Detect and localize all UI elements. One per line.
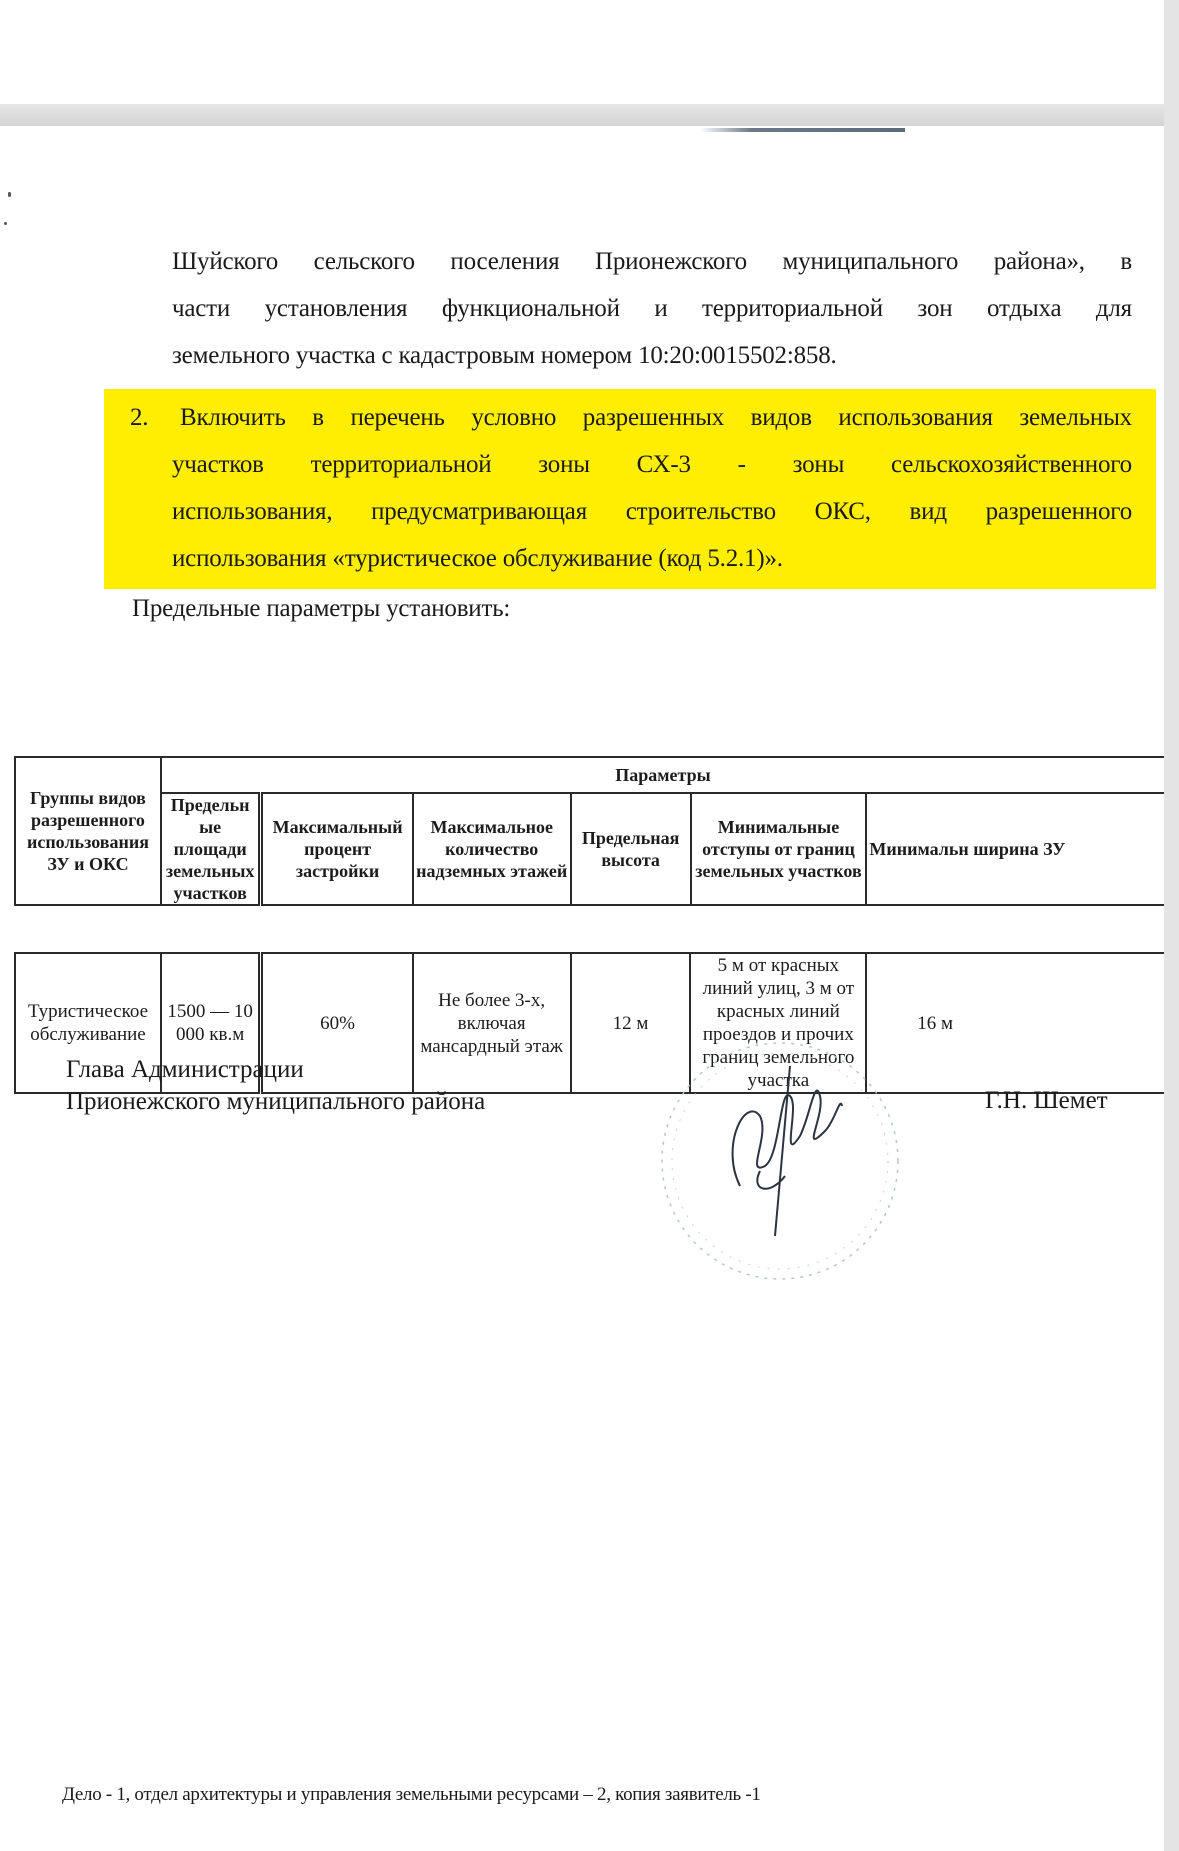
header-col-coverage: Максимальный процент застройки	[261, 793, 413, 905]
paragraph-continuation: Шуйского сельского поселения Прионежског…	[172, 238, 1132, 379]
header-col-area: Предельн ые площади земельных участков	[161, 793, 261, 905]
signatory-title: Глава Администрации Прионежского муницип…	[66, 1054, 485, 1118]
cell-width: 16 м	[866, 953, 1164, 1093]
header-group: Группы видов разрешенного использования …	[15, 757, 161, 905]
header-col-width: Минимальн ширина ЗУ	[866, 793, 1164, 905]
viewer-edge	[1164, 0, 1179, 1851]
text-line: Шуйского сельского поселения Прионежског…	[172, 238, 1132, 285]
page-separator	[0, 104, 1179, 126]
header-col-setbacks: Минимальные отступы от границ земельных …	[691, 793, 867, 905]
document-page: Шуйского сельского поселения Прионежског…	[0, 126, 1164, 1851]
text-line: части установления функциональной и терр…	[172, 285, 1132, 332]
parameters-table-header: Группы видов разрешенного использования …	[14, 756, 1164, 906]
scan-speck	[8, 192, 11, 197]
distribution-footer: Дело - 1, отдел архитектуры и управления…	[62, 1784, 761, 1806]
text-line: использования «туристическое обслуживани…	[172, 535, 1132, 582]
stamp-and-signature-icon	[650, 1026, 910, 1286]
text-line: участков территориальной зоны СХ-3 - зон…	[172, 441, 1132, 488]
header-col-height: Предельная высота	[571, 793, 691, 905]
item-number: 2.	[130, 394, 148, 441]
scan-speck	[4, 222, 7, 225]
text-line: земельного участка с кадастровым номером…	[172, 332, 1132, 379]
text-line: использования, предусматривающая строите…	[172, 488, 1132, 535]
previous-page	[0, 0, 1166, 104]
signatory-title-line1: Глава Администрации	[66, 1054, 485, 1086]
item-2-paragraph: 2. Включить в перечень условно разрешенн…	[172, 394, 1132, 582]
text-line: Включить в перечень условно разрешенных …	[180, 394, 1132, 441]
signatory-name: Г.Н. Шемет	[985, 1087, 1108, 1115]
top-rule-line	[700, 128, 905, 132]
signatory-title-line2: Прионежского муниципального района	[66, 1086, 485, 1118]
table-caption: Предельные параметры установить:	[132, 595, 510, 623]
header-params: Параметры	[161, 757, 1164, 793]
header-col-floors: Максимальное количество надземных этажей	[413, 793, 571, 905]
